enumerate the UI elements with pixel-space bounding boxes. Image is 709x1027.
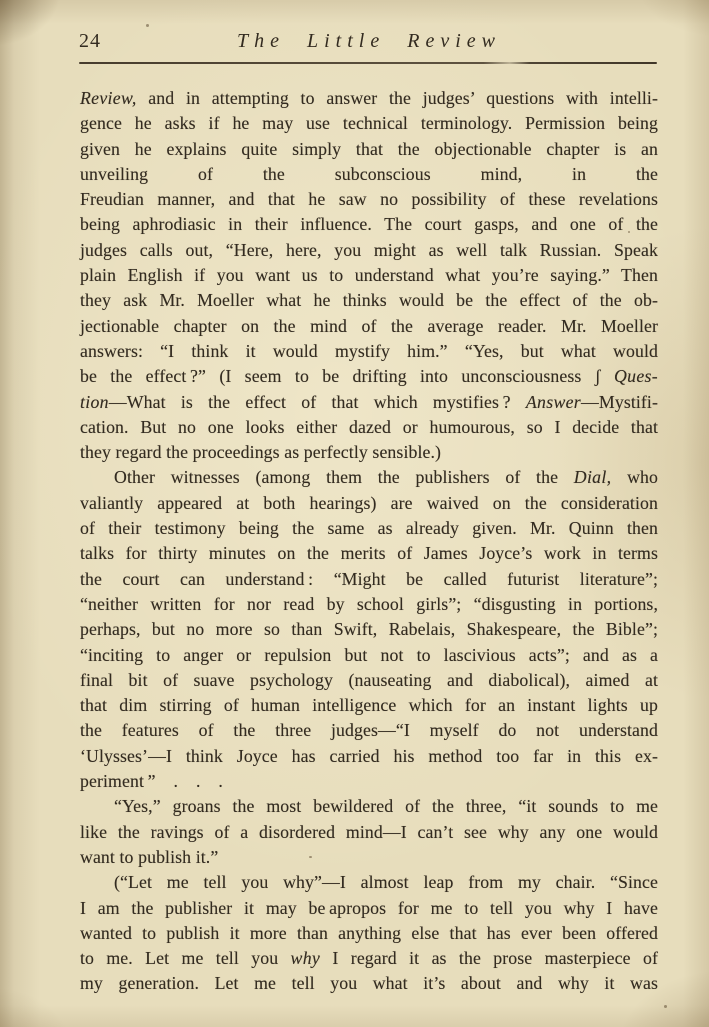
paper-speck	[146, 24, 149, 27]
text-line: my generation. Let me tell you what it’s…	[80, 971, 658, 996]
text-line: that dim stirring of human intelligence …	[80, 693, 658, 718]
text-line: they ask Mr. Moeller what he thinks woul…	[80, 288, 658, 313]
text-line: Review, and in attempting to answer the …	[80, 86, 658, 111]
text-line: final bit of suave psychology (nauseatin…	[80, 668, 658, 693]
text-line: talks for thirty minutes on the merits o…	[80, 541, 658, 566]
paper-speck	[309, 856, 312, 858]
text-line: tion—What is the effect of that which my…	[80, 390, 658, 415]
text-block: Review, and in attempting to answer the …	[80, 86, 658, 997]
text-line: being aphrodiasic in their influence. Th…	[80, 212, 658, 237]
text-line: like the ravings of a disordered mind—I …	[80, 820, 658, 845]
running-title: The Little Review	[80, 28, 658, 54]
text-line: of their testimony being the same as alr…	[80, 516, 658, 541]
text-line: I am the publisher it may be apropos for…	[80, 896, 658, 921]
paper-speck	[664, 1005, 667, 1008]
text-line: “inciting to anger or repulsion but not …	[80, 643, 658, 668]
text-line: “Yes,” groans the most bewildered of the…	[80, 794, 658, 819]
text-line: Other witnesses (among them the publishe…	[80, 465, 658, 490]
text-line: cation. But no one looks either dazed or…	[80, 415, 658, 440]
text-line: jectionable chapter on the mind of the a…	[80, 314, 658, 339]
text-line: they regard the proceedings as perfectly…	[80, 440, 658, 465]
text-line: the features of the three judges—“I myse…	[80, 718, 658, 743]
text-line: judges calls out, “Here, here, you might…	[80, 238, 658, 263]
text-line: ‘Ulysses’—I think Joyce has carried his …	[80, 744, 658, 769]
text-line: valiantly appeared at both hearings) are…	[80, 491, 658, 516]
paragraph: “Yes,” groans the most bewildered of the…	[80, 794, 658, 870]
text-line: answers: “I think it would mystify him.”…	[80, 339, 658, 364]
text-line: want to publish it.”	[80, 845, 658, 870]
paper-speck	[628, 231, 630, 233]
text-line: plain English if you want us to understa…	[80, 263, 658, 288]
text-line: periment ” . . .	[80, 769, 658, 794]
header-rule	[79, 62, 657, 64]
paragraph: (“Let me tell you why”—I almost leap fro…	[80, 870, 658, 996]
text-line: unveiling of the subconscious mind, in t…	[80, 162, 658, 187]
scanned-page: 24 The Little Review Review, and in atte…	[0, 0, 709, 1027]
text-line: given he explains quite simply that the …	[80, 137, 658, 162]
paragraph: Other witnesses (among them the publishe…	[80, 465, 658, 794]
text-line: gence he asks if he may use technical te…	[80, 111, 658, 136]
text-line: the court can understand : “Might be cal…	[80, 567, 658, 592]
text-line: (“Let me tell you why”—I almost leap fro…	[80, 870, 658, 895]
text-line: wanted to publish it more than anything …	[80, 921, 658, 946]
text-line: Freudian manner, and that he saw no poss…	[80, 187, 658, 212]
text-line: perhaps, but no more so than Swift, Rabe…	[80, 617, 658, 642]
text-line: be the effect ?” (I seem to be drifting …	[80, 364, 658, 389]
text-line: “neither written for nor read by school …	[80, 592, 658, 617]
text-line: to me. Let me tell you why I regard it a…	[80, 946, 658, 971]
paragraph: Review, and in attempting to answer the …	[80, 86, 658, 465]
